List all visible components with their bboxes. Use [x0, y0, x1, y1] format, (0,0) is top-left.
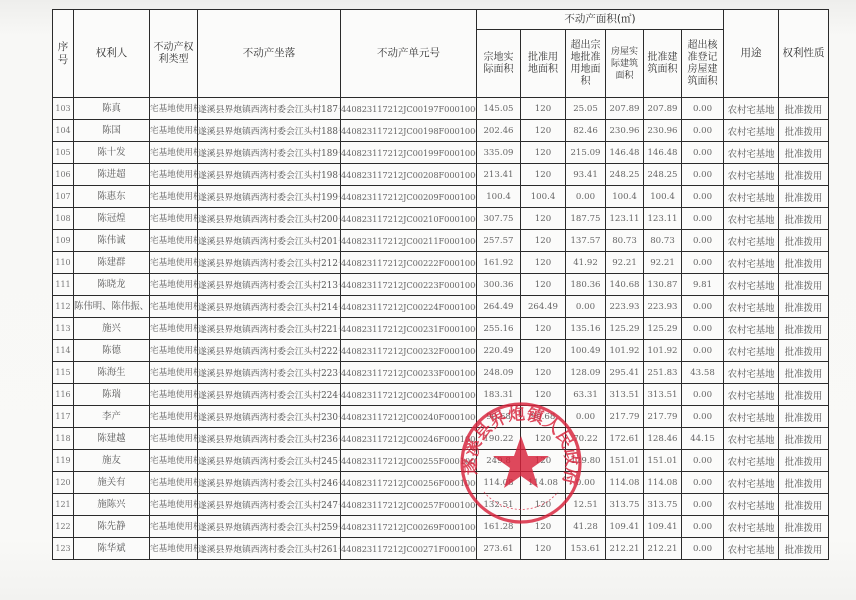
- row-house-approved: 313.75: [644, 494, 682, 516]
- row-use: 农村宅基地: [724, 406, 779, 428]
- row-land-actual: 300.36: [477, 274, 521, 296]
- row-house-excess: 44.15: [682, 428, 724, 450]
- row-index: 107: [53, 186, 74, 208]
- row-nature: 批准拨用: [779, 208, 829, 230]
- header-unit-no: 不动产单元号: [341, 10, 477, 98]
- row-house-approved: 251.83: [644, 362, 682, 384]
- row-owner: 陈华斌: [74, 538, 150, 560]
- row-index: 118: [53, 428, 74, 450]
- row-right-type: 宅基地使用权及房屋所有权: [150, 538, 198, 560]
- row-house-actual: 101.92: [606, 340, 644, 362]
- row-nature: 批准拨用: [779, 252, 829, 274]
- row-land-excess: 0.00: [566, 406, 606, 428]
- row-nature: 批准拨用: [779, 142, 829, 164]
- row-house-approved: 80.73: [644, 230, 682, 252]
- row-house-actual: 230.96: [606, 120, 644, 142]
- row-use: 农村宅基地: [724, 516, 779, 538]
- row-use: 农村宅基地: [724, 98, 779, 120]
- table-row: 110陈建群宅基地使用权及房屋所有权遂溪县界炮镇西湾村委会江头村212号4408…: [53, 252, 829, 274]
- row-house-excess: 0.00: [682, 186, 724, 208]
- row-location: 遂溪县界炮镇西湾村委会江头村199号: [198, 186, 341, 208]
- row-land-actual: 248.09: [477, 362, 521, 384]
- table-row: 107陈惠东宅基地使用权及房屋所有权遂溪县界炮镇西湾村委会江头村199号4408…: [53, 186, 829, 208]
- row-land-excess: 135.16: [566, 318, 606, 340]
- row-house-excess: 0.00: [682, 142, 724, 164]
- row-nature: 批准拨用: [779, 296, 829, 318]
- row-land-excess: 215.09: [566, 142, 606, 164]
- row-house-excess: 0.00: [682, 538, 724, 560]
- row-house-excess: 0.00: [682, 494, 724, 516]
- row-unit-no: 440823117212JC00209F00010000: [341, 186, 477, 208]
- row-house-approved: 212.21: [644, 538, 682, 560]
- row-unit-no: 440823117212JC00197F00010000: [341, 98, 477, 120]
- row-house-actual: 114.08: [606, 472, 644, 494]
- row-owner: 陈进超: [74, 164, 150, 186]
- row-house-excess: 0.00: [682, 450, 724, 472]
- row-nature: 批准拨用: [779, 340, 829, 362]
- row-land-excess: 82.46: [566, 120, 606, 142]
- row-land-excess: 187.75: [566, 208, 606, 230]
- row-location: 遂溪县界炮镇西湾村委会江头村200号: [198, 208, 341, 230]
- row-index: 103: [53, 98, 74, 120]
- row-owner: 施友: [74, 450, 150, 472]
- row-nature: 批准拨用: [779, 230, 829, 252]
- row-unit-no: 440823117212JC00231F00010000: [341, 318, 477, 340]
- row-location: 遂溪县界炮镇西湾村委会江头村187号: [198, 98, 341, 120]
- row-location: 遂溪县界炮镇西湾村委会江头村223号: [198, 362, 341, 384]
- row-index: 117: [53, 406, 74, 428]
- row-right-type: 宅基地使用权及房屋所有权: [150, 186, 198, 208]
- row-house-approved: 151.01: [644, 450, 682, 472]
- row-unit-no: 440823117212JC00257F00010000: [341, 494, 477, 516]
- row-land-approved: 120: [521, 142, 566, 164]
- row-land-actual: 213.41: [477, 164, 521, 186]
- row-right-type: 宅基地使用权及房屋所有权: [150, 274, 198, 296]
- row-house-actual: 140.68: [606, 274, 644, 296]
- row-owner: 施陈兴: [74, 494, 150, 516]
- row-unit-no: 440823117212JC00271F00010000: [341, 538, 477, 560]
- row-land-approved: 120: [521, 252, 566, 274]
- row-nature: 批准拨用: [779, 472, 829, 494]
- row-location: 遂溪县界炮镇西湾村委会江头村247号: [198, 494, 341, 516]
- row-land-approved: 264.49: [521, 296, 566, 318]
- row-land-approved: 90.68: [521, 406, 566, 428]
- row-location: 遂溪县界炮镇西湾村委会江头村201号: [198, 230, 341, 252]
- row-index: 104: [53, 120, 74, 142]
- row-house-approved: 130.87: [644, 274, 682, 296]
- table-row: 109陈伟诚宅基地使用权及房屋所有权遂溪县界炮镇西湾村委会江头村201号4408…: [53, 230, 829, 252]
- row-unit-no: 440823117212JC00246F00010000: [341, 428, 477, 450]
- row-location: 遂溪县界炮镇西湾村委会江头村221号: [198, 318, 341, 340]
- row-index: 116: [53, 384, 74, 406]
- table-row: 104陈国宅基地使用权及房屋所有权遂溪县界炮镇西湾村委会江头村188号44082…: [53, 120, 829, 142]
- row-index: 123: [53, 538, 74, 560]
- header-land-actual: 宗地实际面积: [477, 30, 521, 98]
- row-house-approved: 114.08: [644, 472, 682, 494]
- row-owner: 陈伟诚: [74, 230, 150, 252]
- row-nature: 批准拨用: [779, 120, 829, 142]
- row-house-actual: 295.41: [606, 362, 644, 384]
- row-house-excess: 0.00: [682, 208, 724, 230]
- row-house-approved: 223.93: [644, 296, 682, 318]
- row-land-approved: 120: [521, 230, 566, 252]
- row-house-actual: 313.51: [606, 384, 644, 406]
- row-house-actual: 123.11: [606, 208, 644, 230]
- table-row: 106陈进超宅基地使用权及房屋所有权遂溪县界炮镇西湾村委会江头村198号4408…: [53, 164, 829, 186]
- row-right-type: 宅基地使用权及房屋所有权: [150, 450, 198, 472]
- row-land-excess: 25.05: [566, 98, 606, 120]
- row-right-type: 宅基地使用权及房屋所有权: [150, 362, 198, 384]
- row-land-actual: 190.22: [477, 428, 521, 450]
- row-house-actual: 212.21: [606, 538, 644, 560]
- row-house-approved: 313.51: [644, 384, 682, 406]
- row-house-excess: 0.00: [682, 252, 724, 274]
- row-house-actual: 100.4: [606, 186, 644, 208]
- row-house-approved: 248.25: [644, 164, 682, 186]
- row-house-approved: 100.4: [644, 186, 682, 208]
- row-house-excess: 43.58: [682, 362, 724, 384]
- header-land-approved: 批准用地面积: [521, 30, 566, 98]
- row-nature: 批准拨用: [779, 494, 829, 516]
- row-right-type: 宅基地使用权及房屋所有权: [150, 406, 198, 428]
- row-right-type: 宅基地使用权及房屋所有权: [150, 318, 198, 340]
- row-house-actual: 207.89: [606, 98, 644, 120]
- header-house-excess: 超出核准登记房屋建筑面积: [682, 30, 724, 98]
- row-unit-no: 440823117212JC00211F00010000: [341, 230, 477, 252]
- row-land-actual: 335.09: [477, 142, 521, 164]
- row-unit-no: 440823117212JC00269F00010000: [341, 516, 477, 538]
- row-unit-no: 440823117212JC00233F00010000: [341, 362, 477, 384]
- row-owner: 陈惠东: [74, 186, 150, 208]
- header-house-approved: 批准建筑面积: [644, 30, 682, 98]
- row-land-approved: 120: [521, 120, 566, 142]
- table-row: 121施陈兴宅基地使用权及房屋所有权遂溪县界炮镇西湾村委会江头村247号4408…: [53, 494, 829, 516]
- row-owner: 陈十发: [74, 142, 150, 164]
- row-land-actual: 114.08: [477, 472, 521, 494]
- row-right-type: 宅基地使用权及房屋所有权: [150, 230, 198, 252]
- row-land-excess: 137.57: [566, 230, 606, 252]
- row-unit-no: 440823117212JC00224F00010000: [341, 296, 477, 318]
- row-use: 农村宅基地: [724, 450, 779, 472]
- row-house-approved: 101.92: [644, 340, 682, 362]
- row-index: 114: [53, 340, 74, 362]
- table-row: 119施友宅基地使用权及房屋所有权遂溪县界炮镇西湾村委会江头村245号44082…: [53, 450, 829, 472]
- row-land-approved: 120: [521, 362, 566, 384]
- row-right-type: 宅基地使用权及房屋所有权: [150, 208, 198, 230]
- row-use: 农村宅基地: [724, 252, 779, 274]
- row-unit-no: 440823117212JC00198F00010000: [341, 120, 477, 142]
- row-right-type: 宅基地使用权及房屋所有权: [150, 120, 198, 142]
- row-right-type: 宅基地使用权及房屋所有权: [150, 296, 198, 318]
- row-land-actual: 255.16: [477, 318, 521, 340]
- row-unit-no: 440823117212JC00210F00010000: [341, 208, 477, 230]
- row-unit-no: 440823117212JC00255F00010000: [341, 450, 477, 472]
- row-house-excess: 0.00: [682, 120, 724, 142]
- row-index: 112: [53, 296, 74, 318]
- row-house-approved: 128.46: [644, 428, 682, 450]
- row-land-excess: 12.51: [566, 494, 606, 516]
- row-owner: 施兴: [74, 318, 150, 340]
- row-house-excess: 0.00: [682, 472, 724, 494]
- row-nature: 批准拨用: [779, 98, 829, 120]
- row-location: 遂溪县界炮镇西湾村委会江头村259号: [198, 516, 341, 538]
- row-index: 111: [53, 274, 74, 296]
- row-land-actual: 249.8: [477, 450, 521, 472]
- row-land-approved: 120: [521, 98, 566, 120]
- header-right-type: 不动产权利类型: [150, 10, 198, 98]
- row-house-excess: 0.00: [682, 318, 724, 340]
- row-land-actual: 257.57: [477, 230, 521, 252]
- row-owner: 陈建越: [74, 428, 150, 450]
- row-house-excess: 0.00: [682, 516, 724, 538]
- row-land-approved: 120: [521, 340, 566, 362]
- row-index: 109: [53, 230, 74, 252]
- row-use: 农村宅基地: [724, 472, 779, 494]
- row-right-type: 宅基地使用权及房屋所有权: [150, 142, 198, 164]
- row-house-actual: 92.21: [606, 252, 644, 274]
- row-house-approved: 207.89: [644, 98, 682, 120]
- row-right-type: 宅基地使用权及房屋所有权: [150, 384, 198, 406]
- row-land-actual: 161.28: [477, 516, 521, 538]
- table-row: 113施兴宅基地使用权及房屋所有权遂溪县界炮镇西湾村委会江头村221号44082…: [53, 318, 829, 340]
- row-land-approved: 120: [521, 164, 566, 186]
- row-location: 遂溪县界炮镇西湾村委会江头村245号: [198, 450, 341, 472]
- row-land-excess: 129.80: [566, 450, 606, 472]
- row-house-actual: 125.29: [606, 318, 644, 340]
- table-row: 122陈先静宅基地使用权及房屋所有权遂溪县界炮镇西湾村委会江头村259号4408…: [53, 516, 829, 538]
- row-land-actual: 264.49: [477, 296, 521, 318]
- row-house-actual: 80.73: [606, 230, 644, 252]
- row-right-type: 宅基地使用权及房屋所有权: [150, 516, 198, 538]
- table-row: 123陈华斌宅基地使用权及房屋所有权遂溪县界炮镇西湾村委会江头村261号4408…: [53, 538, 829, 560]
- header-land-excess: 超出宗地批准用地面积: [566, 30, 606, 98]
- table-row: 114陈德宅基地使用权及房屋所有权遂溪县界炮镇西湾村委会江头村222号44082…: [53, 340, 829, 362]
- row-house-actual: 313.75: [606, 494, 644, 516]
- row-land-actual: 220.49: [477, 340, 521, 362]
- row-index: 119: [53, 450, 74, 472]
- row-nature: 批准拨用: [779, 516, 829, 538]
- row-land-approved: 120: [521, 318, 566, 340]
- row-land-actual: 202.46: [477, 120, 521, 142]
- row-use: 农村宅基地: [724, 296, 779, 318]
- row-use: 农村宅基地: [724, 274, 779, 296]
- row-index: 115: [53, 362, 74, 384]
- row-use: 农村宅基地: [724, 384, 779, 406]
- row-index: 122: [53, 516, 74, 538]
- row-index: 110: [53, 252, 74, 274]
- row-nature: 批准拨用: [779, 406, 829, 428]
- row-use: 农村宅基地: [724, 362, 779, 384]
- row-land-approved: 120: [521, 428, 566, 450]
- row-right-type: 宅基地使用权及房屋所有权: [150, 252, 198, 274]
- row-house-excess: 0.00: [682, 98, 724, 120]
- row-land-actual: 161.92: [477, 252, 521, 274]
- row-unit-no: 440823117212JC00256F00010000: [341, 472, 477, 494]
- row-land-excess: 153.61: [566, 538, 606, 560]
- row-index: 106: [53, 164, 74, 186]
- row-land-excess: 41.28: [566, 516, 606, 538]
- row-nature: 批准拨用: [779, 318, 829, 340]
- row-owner: 李产: [74, 406, 150, 428]
- row-location: 遂溪县界炮镇西湾村委会江头村214号: [198, 296, 341, 318]
- row-house-actual: 248.25: [606, 164, 644, 186]
- header-index: 序号: [53, 10, 74, 98]
- property-registry-table: 序号 权利人 不动产权利类型 不动产坐落 不动产单元号 不动产面积(㎡) 用途 …: [52, 9, 829, 560]
- table-row: 120施关有宅基地使用权及房屋所有权遂溪县界炮镇西湾村委会江头村246号4408…: [53, 472, 829, 494]
- row-land-approved: 120: [521, 538, 566, 560]
- row-unit-no: 440823117212JC00199F00010000: [341, 142, 477, 164]
- row-unit-no: 440823117212JC00240F00010000: [341, 406, 477, 428]
- row-land-excess: 70.22: [566, 428, 606, 450]
- row-house-approved: 230.96: [644, 120, 682, 142]
- row-owner: 陈先静: [74, 516, 150, 538]
- row-owner: 陈海生: [74, 362, 150, 384]
- table-row: 116陈瑞宅基地使用权及房屋所有权遂溪县界炮镇西湾村委会江头村224号44082…: [53, 384, 829, 406]
- row-land-approved: 120: [521, 208, 566, 230]
- row-owner: 陈瑞: [74, 384, 150, 406]
- row-right-type: 宅基地使用权及房屋所有权: [150, 494, 198, 516]
- row-use: 农村宅基地: [724, 186, 779, 208]
- table-row: 103陈真宅基地使用权及房屋所有权遂溪县界炮镇西湾村委会江头村187号44082…: [53, 98, 829, 120]
- row-house-actual: 151.01: [606, 450, 644, 472]
- row-right-type: 宅基地使用权及房屋所有权: [150, 164, 198, 186]
- table-row: 118陈建越宅基地使用权及房屋所有权遂溪县界炮镇西湾村委会江头村236号4408…: [53, 428, 829, 450]
- row-location: 遂溪县界炮镇西湾村委会江头村212号: [198, 252, 341, 274]
- row-use: 农村宅基地: [724, 164, 779, 186]
- row-house-excess: 0.00: [682, 384, 724, 406]
- row-owner: 陈建群: [74, 252, 150, 274]
- row-land-excess: 93.41: [566, 164, 606, 186]
- row-land-actual: 183.31: [477, 384, 521, 406]
- row-index: 120: [53, 472, 74, 494]
- row-location: 遂溪县界炮镇西湾村委会江头村198号: [198, 164, 341, 186]
- row-land-approved: 114.08: [521, 472, 566, 494]
- row-use: 农村宅基地: [724, 538, 779, 560]
- row-house-excess: 0.00: [682, 296, 724, 318]
- header-nature: 权利性质: [779, 10, 829, 98]
- row-land-approved: 100.4: [521, 186, 566, 208]
- row-house-approved: 217.79: [644, 406, 682, 428]
- row-house-excess: 0.00: [682, 340, 724, 362]
- row-land-excess: 63.31: [566, 384, 606, 406]
- row-owner: 施关有: [74, 472, 150, 494]
- row-land-approved: 120: [521, 450, 566, 472]
- row-house-excess: 9.81: [682, 274, 724, 296]
- row-land-excess: 180.36: [566, 274, 606, 296]
- row-nature: 批准拨用: [779, 428, 829, 450]
- row-owner: 陈冠煌: [74, 208, 150, 230]
- row-unit-no: 440823117212JC00222F00010000: [341, 252, 477, 274]
- row-owner: 陈真: [74, 98, 150, 120]
- row-location: 遂溪县界炮镇西湾村委会江头村224号: [198, 384, 341, 406]
- row-use: 农村宅基地: [724, 120, 779, 142]
- row-land-approved: 120: [521, 384, 566, 406]
- row-unit-no: 440823117212JC00223F00010000: [341, 274, 477, 296]
- row-house-excess: 0.00: [682, 230, 724, 252]
- row-nature: 批准拨用: [779, 164, 829, 186]
- row-land-actual: 273.61: [477, 538, 521, 560]
- row-nature: 批准拨用: [779, 362, 829, 384]
- row-use: 农村宅基地: [724, 208, 779, 230]
- row-index: 108: [53, 208, 74, 230]
- row-land-approved: 120: [521, 274, 566, 296]
- row-location: 遂溪县界炮镇西湾村委会江头村222号: [198, 340, 341, 362]
- row-nature: 批准拨用: [779, 450, 829, 472]
- row-nature: 批准拨用: [779, 538, 829, 560]
- row-house-actual: 109.41: [606, 516, 644, 538]
- row-unit-no: 440823117212JC00208F00010000: [341, 164, 477, 186]
- row-land-actual: 145.05: [477, 98, 521, 120]
- row-location: 遂溪县界炮镇西湾村委会江头村236号: [198, 428, 341, 450]
- row-house-approved: 146.48: [644, 142, 682, 164]
- row-location: 遂溪县界炮镇西湾村委会江头村261号: [198, 538, 341, 560]
- row-land-actual: 100.4: [477, 186, 521, 208]
- table-row: 108陈冠煌宅基地使用权及房屋所有权遂溪县界炮镇西湾村委会江头村200号4408…: [53, 208, 829, 230]
- header-use: 用途: [724, 10, 779, 98]
- row-land-excess: 0.00: [566, 472, 606, 494]
- row-house-approved: 125.29: [644, 318, 682, 340]
- row-nature: 批准拨用: [779, 384, 829, 406]
- row-house-actual: 223.93: [606, 296, 644, 318]
- row-right-type: 宅基地使用权及房屋所有权: [150, 98, 198, 120]
- row-unit-no: 440823117212JC00234F00010000: [341, 384, 477, 406]
- row-location: 遂溪县界炮镇西湾村委会江头村246号: [198, 472, 341, 494]
- row-right-type: 宅基地使用权及房屋所有权: [150, 340, 198, 362]
- row-house-excess: 0.00: [682, 406, 724, 428]
- table-row: 105陈十发宅基地使用权及房屋所有权遂溪县界炮镇西湾村委会江头村189号4408…: [53, 142, 829, 164]
- row-index: 121: [53, 494, 74, 516]
- row-owner: 陈晓龙: [74, 274, 150, 296]
- row-land-excess: 0.00: [566, 296, 606, 318]
- row-house-approved: 123.11: [644, 208, 682, 230]
- row-unit-no: 440823117212JC00232F00010000: [341, 340, 477, 362]
- row-right-type: 宅基地使用权及房屋所有权: [150, 472, 198, 494]
- row-location: 遂溪县界炮镇西湾村委会江头村230号: [198, 406, 341, 428]
- row-house-approved: 92.21: [644, 252, 682, 274]
- row-location: 遂溪县界炮镇西湾村委会江头村189号: [198, 142, 341, 164]
- row-land-approved: 120: [521, 516, 566, 538]
- row-land-excess: 128.09: [566, 362, 606, 384]
- header-area-group: 不动产面积(㎡): [477, 10, 724, 30]
- row-land-approved: 120: [521, 494, 566, 516]
- row-land-excess: 41.92: [566, 252, 606, 274]
- row-location: 遂溪县界炮镇西湾村委会江头村188号: [198, 120, 341, 142]
- row-land-actual: 90.68: [477, 406, 521, 428]
- row-house-actual: 172.61: [606, 428, 644, 450]
- row-index: 105: [53, 142, 74, 164]
- row-land-excess: 0.00: [566, 186, 606, 208]
- row-use: 农村宅基地: [724, 318, 779, 340]
- row-use: 农村宅基地: [724, 230, 779, 252]
- row-land-actual: 132.51: [477, 494, 521, 516]
- row-use: 农村宅基地: [724, 494, 779, 516]
- row-house-actual: 217.79: [606, 406, 644, 428]
- row-right-type: 宅基地使用权及房屋所有权: [150, 428, 198, 450]
- table-row: 117李产宅基地使用权及房屋所有权遂溪县界炮镇西湾村委会江头村230号44082…: [53, 406, 829, 428]
- table-row: 111陈晓龙宅基地使用权及房屋所有权遂溪县界炮镇西湾村委会江头村213号4408…: [53, 274, 829, 296]
- row-owner: 陈德: [74, 340, 150, 362]
- row-owner: 陈伟明、陈伟振、陈伟勤: [74, 296, 150, 318]
- row-house-actual: 146.48: [606, 142, 644, 164]
- header-location: 不动产坐落: [198, 10, 341, 98]
- row-use: 农村宅基地: [724, 142, 779, 164]
- header-house-actual: 房屋实际建筑面积: [606, 30, 644, 98]
- row-use: 农村宅基地: [724, 340, 779, 362]
- row-nature: 批准拨用: [779, 186, 829, 208]
- row-nature: 批准拨用: [779, 274, 829, 296]
- row-house-excess: 0.00: [682, 164, 724, 186]
- table-row: 115陈海生宅基地使用权及房屋所有权遂溪县界炮镇西湾村委会江头村223号4408…: [53, 362, 829, 384]
